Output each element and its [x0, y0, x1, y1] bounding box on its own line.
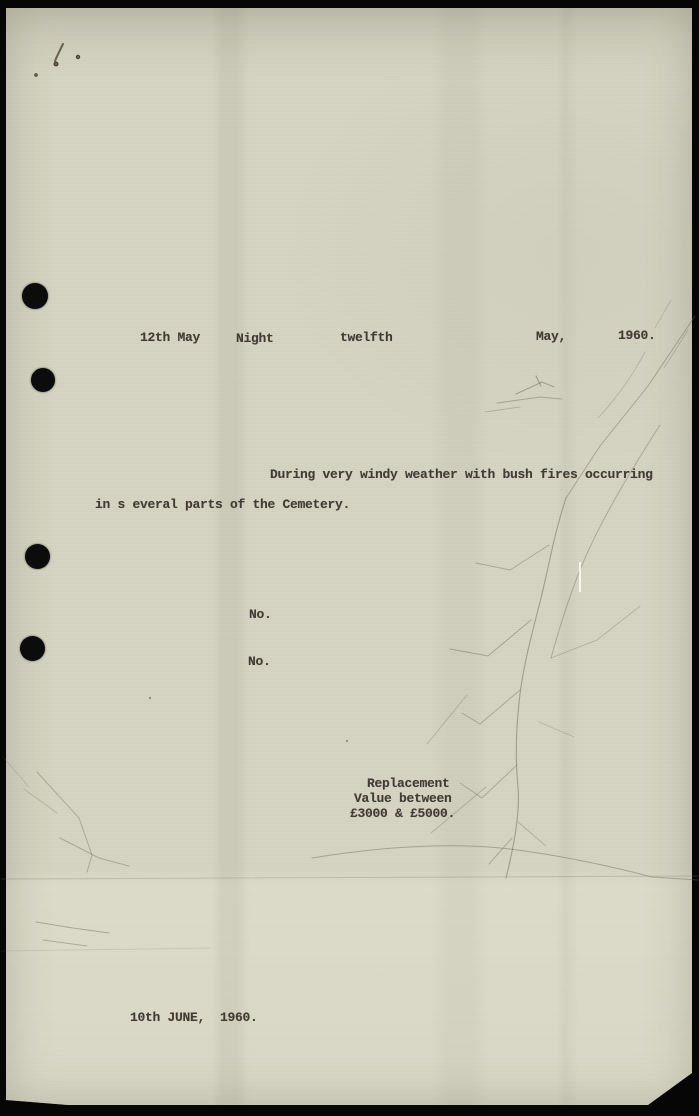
- entry-date: 12th May: [140, 330, 200, 345]
- entry-ordinal: twelfth: [340, 330, 393, 345]
- footer-date: 10th JUNE, 1960.: [130, 1010, 258, 1025]
- entry-year: 1960.: [618, 328, 656, 343]
- answer-no-2: No.: [248, 654, 271, 669]
- body-text-line-1: During very windy weather with bush fire…: [270, 467, 653, 482]
- valuation-line-1: Replacement: [367, 776, 450, 791]
- answer-no-1: No.: [249, 607, 272, 622]
- punch-hole-2: [31, 368, 55, 392]
- punch-hole-3: [25, 544, 50, 569]
- valuation-line-3: £3000 & £5000.: [350, 806, 455, 821]
- entry-duty: Night: [236, 331, 274, 346]
- entry-month: May,: [536, 329, 566, 344]
- punch-hole-4: [20, 636, 45, 661]
- paper-sheet: [6, 8, 692, 1105]
- body-text-line-2: in s everal parts of the Cemetery.: [95, 497, 350, 512]
- scanned-document-page: 12th May Night twelfth May, 1960. During…: [0, 0, 699, 1116]
- punch-hole-1: [22, 283, 48, 309]
- valuation-line-2: Value between: [354, 791, 452, 806]
